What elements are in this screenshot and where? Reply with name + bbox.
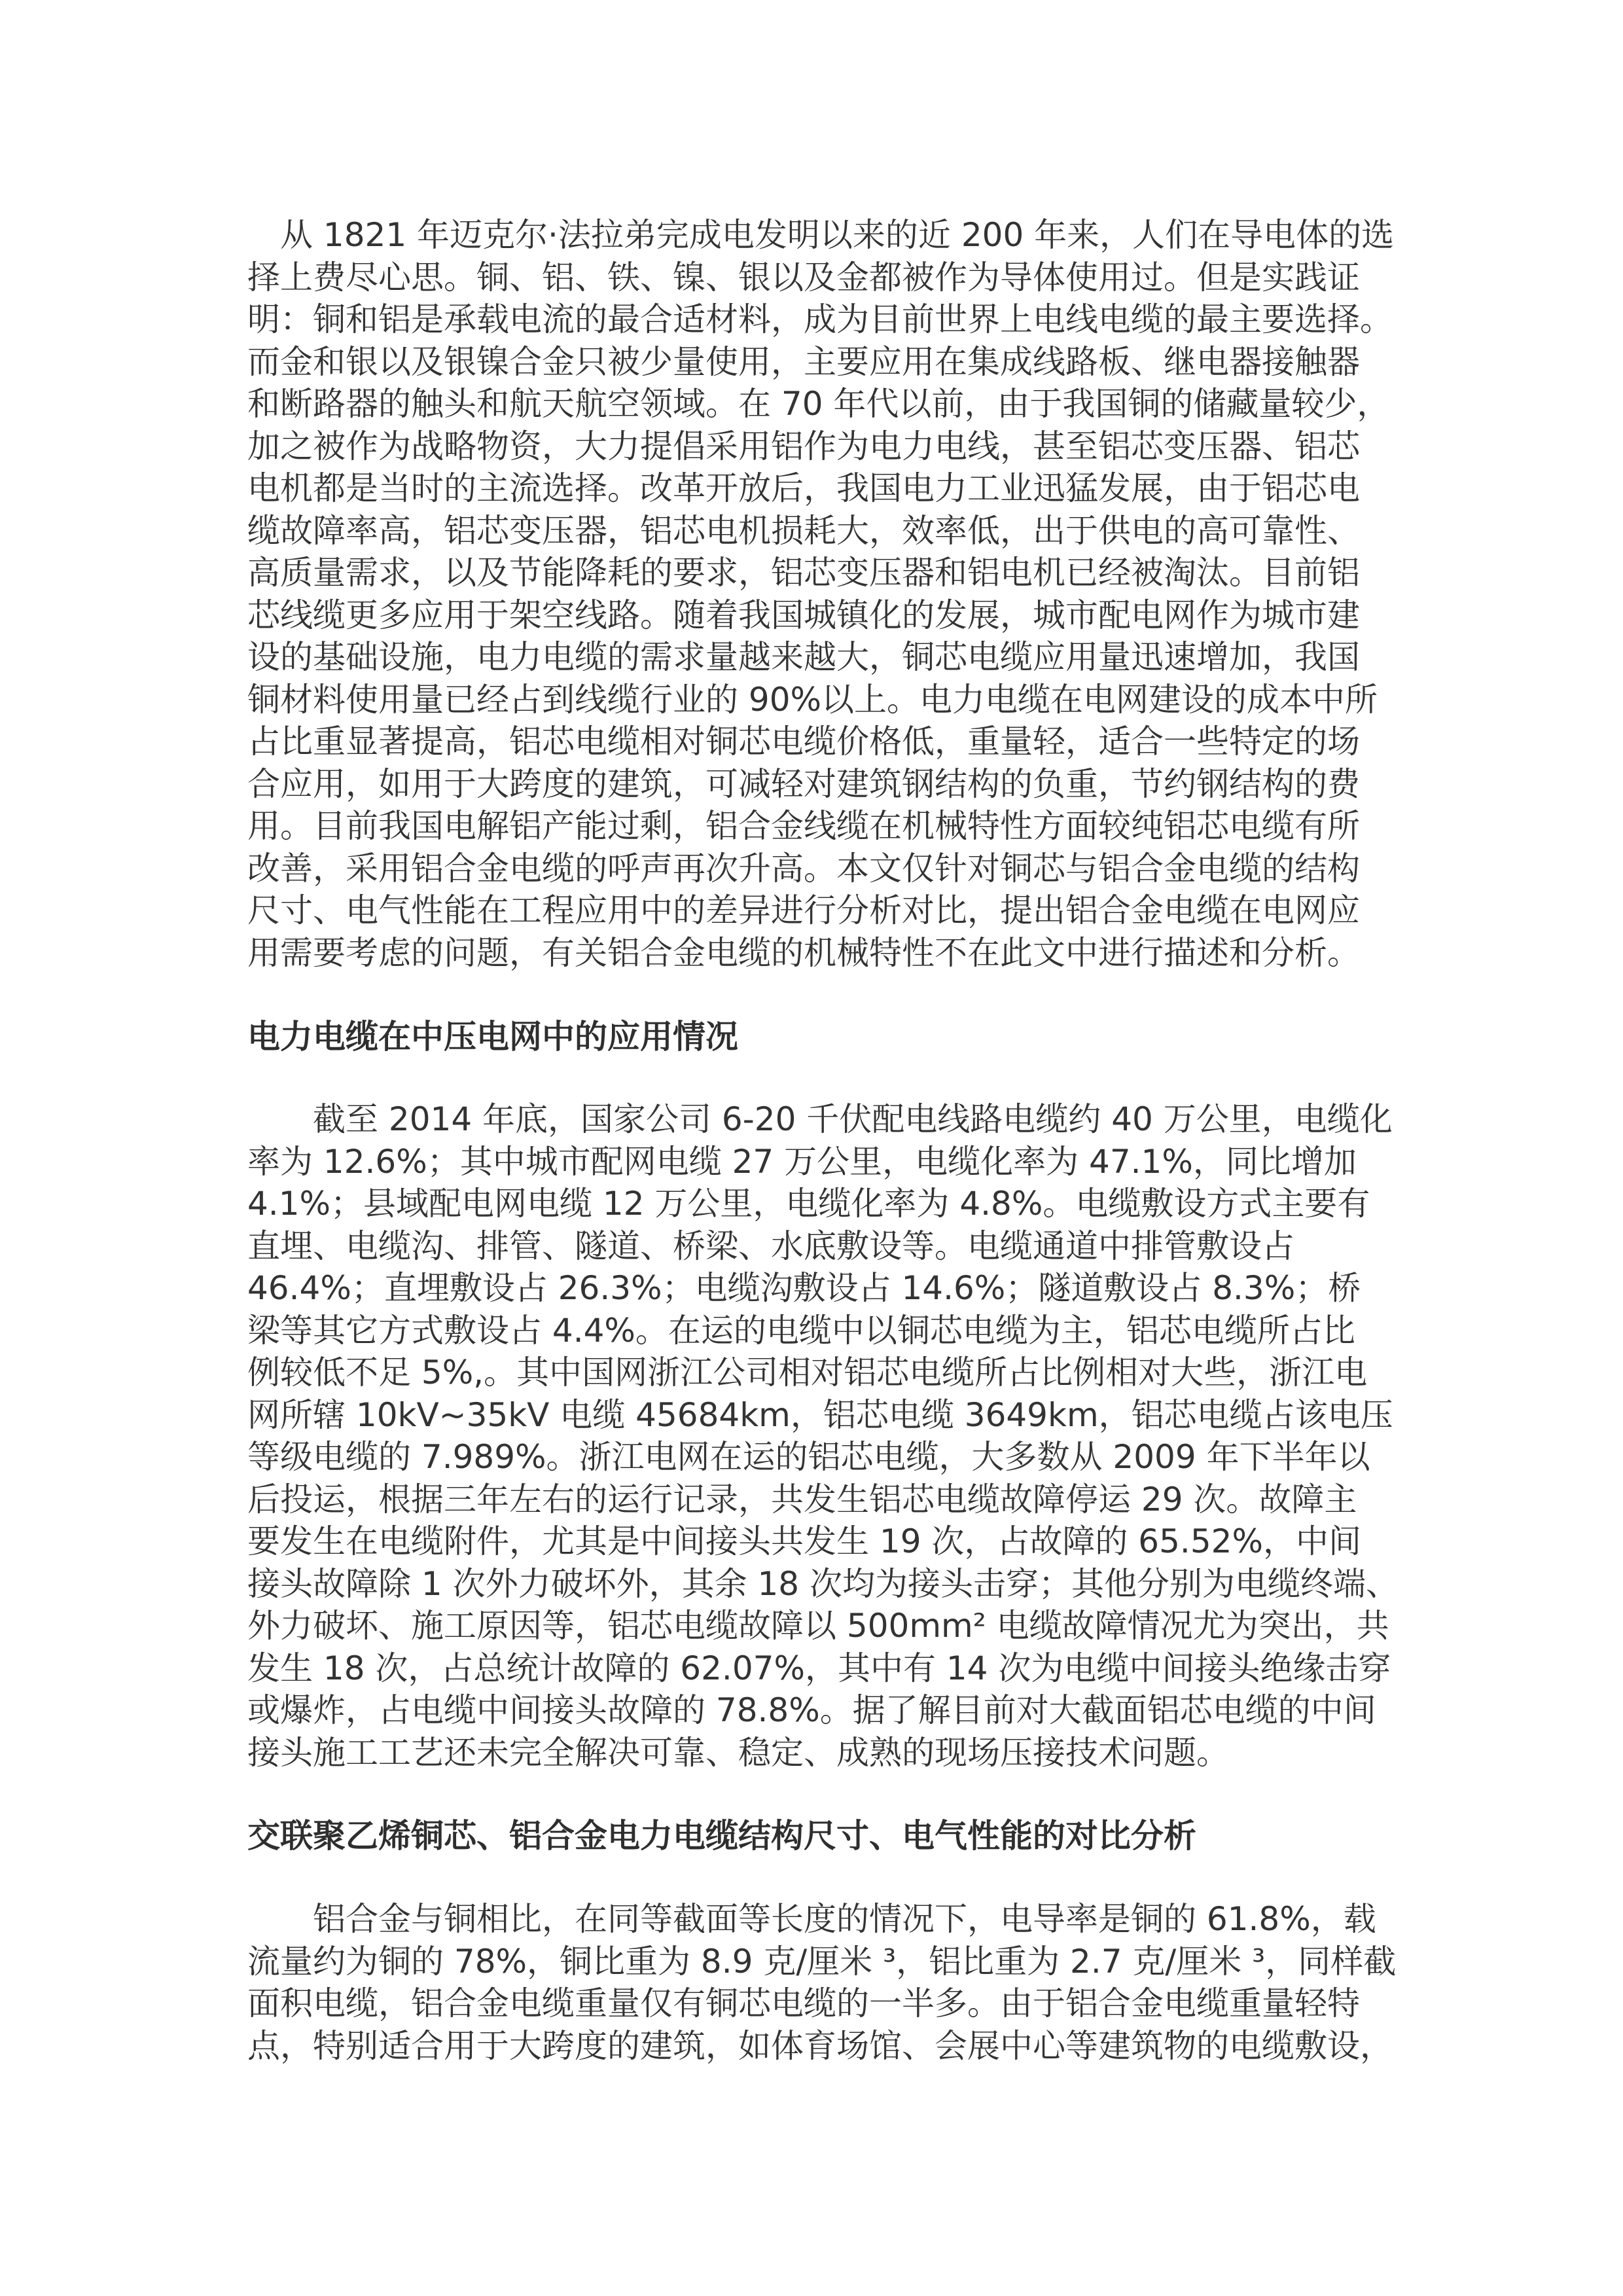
paragraph-line: 要发生在电缆附件，尤其是中间接头共发生 19 次，占故障的 65.52%，中间	[247, 1520, 1389, 1563]
paragraph-line: 尺寸、电气性能在工程应用中的差异进行分析对比，提出铝合金电缆在电网应	[247, 889, 1389, 932]
section-1-paragraph: 截至 2014 年底，国家公司 6-20 千伏配电线路电缆约 40 万公里，电缆…	[247, 1098, 1389, 1774]
paragraph-line: 截至 2014 年底，国家公司 6-20 千伏配电线路电缆约 40 万公里，电缆…	[247, 1098, 1389, 1141]
paragraph-line: 梁等其它方式敷设占 4.4%。在运的电缆中以铜芯电缆为主，铝芯电缆所占比	[247, 1310, 1389, 1352]
intro-paragraph: 从 1821 年迈克尔·法拉弟完成电发明以来的近 200 年来，人们在导电体的选…	[247, 214, 1389, 974]
section-heading: 交联聚乙烯铜芯、铝合金电力电缆结构尺寸、电气性能的对比分析	[247, 1815, 1389, 1857]
paragraph-line: 明：铜和铝是承载电流的最合适材料，成为目前世界上电线电缆的最主要选择。	[247, 298, 1389, 341]
paragraph-line: 设的基础设施，电力电缆的需求量越来越大，铜芯电缆应用量迅速增加，我国	[247, 636, 1389, 679]
paragraph-line: 接头故障除 1 次外力破坏外，其余 18 次均为接头击穿；其他分别为电缆终端、	[247, 1563, 1389, 1605]
paragraph-line: 电机都是当时的主流选择。改革开放后，我国电力工业迅猛发展，由于铝芯电	[247, 467, 1389, 510]
paragraph-line: 46.4%；直埋敷设占 26.3%；电缆沟敷设占 14.6%；隧道敷设占 8.3…	[247, 1267, 1389, 1310]
document-page: 从 1821 年迈克尔·法拉弟完成电发明以来的近 200 年来，人们在导电体的选…	[0, 0, 1623, 2296]
section-2-paragraph: 铝合金与铜相比，在同等截面等长度的情况下，电导率是铜的 61.8%，载 流量约为…	[247, 1898, 1389, 2067]
paragraph-line: 接头施工工艺还未完全解决可靠、稳定、成熟的现场压接技术问题。	[247, 1732, 1389, 1774]
paragraph-line: 铝合金与铜相比，在同等截面等长度的情况下，电导率是铜的 61.8%，载	[247, 1898, 1389, 1941]
paragraph-line: 例较低不足 5%,。其中国网浙江公司相对铝芯电缆所占比例相对大些，浙江电	[247, 1352, 1389, 1394]
section-1-title: 电力电缆在中压电网中的应用情况	[247, 1016, 1389, 1058]
paragraph-line: 铜材料使用量已经占到线缆行业的 90%以上。电力电缆在电网建设的成本中所	[247, 679, 1389, 721]
paragraph-line: 从 1821 年迈克尔·法拉弟完成电发明以来的近 200 年来，人们在导电体的选	[247, 214, 1389, 257]
paragraph-line: 缆故障率高，铝芯变压器，铝芯电机损耗大，效率低，出于供电的高可靠性、	[247, 510, 1389, 552]
paragraph-line: 点，特别适合用于大跨度的建筑，如体育场馆、会展中心等建筑物的电缆敷设，	[247, 2025, 1389, 2068]
paragraph-line: 4.1%；县域配电网电缆 12 万公里，电缆化率为 4.8%。电缆敷设方式主要有	[247, 1183, 1389, 1225]
paragraph-line: 直埋、电缆沟、排管、隧道、桥梁、水底敷设等。电缆通道中排管敷设占	[247, 1225, 1389, 1268]
paragraph-line: 面积电缆，铝合金电缆重量仅有铜芯电缆的一半多。由于铝合金电缆重量轻特	[247, 1982, 1389, 2025]
paragraph-line: 网所辖 10kV~35kV 电缆 45684km，铝芯电缆 3649km，铝芯电…	[247, 1394, 1389, 1437]
paragraph-line: 或爆炸，占电缆中间接头故障的 78.8%。据了解目前对大截面铝芯电缆的中间	[247, 1689, 1389, 1732]
paragraph-line: 等级电缆的 7.989%。浙江电网在运的铝芯电缆，大多数从 2009 年下半年以	[247, 1436, 1389, 1479]
paragraph-line: 择上费尽心思。铜、铝、铁、镍、银以及金都被作为导体使用过。但是实践证	[247, 257, 1389, 299]
paragraph-line: 而金和银以及银镍合金只被少量使用，主要应用在集成线路板、继电器接触器	[247, 341, 1389, 384]
paragraph-line: 改善，采用铝合金电缆的呼声再次升高。本文仅针对铜芯与铝合金电缆的结构	[247, 848, 1389, 890]
paragraph-line: 芯线缆更多应用于架空线路。随着我国城镇化的发展，城市配电网作为城市建	[247, 594, 1389, 637]
section-heading: 电力电缆在中压电网中的应用情况	[247, 1016, 1389, 1058]
paragraph-line: 用。目前我国电解铝产能过剩，铝合金线缆在机械特性方面较纯铝芯电缆有所	[247, 805, 1389, 848]
paragraph-line: 率为 12.6%；其中城市配网电缆 27 万公里，电缆化率为 47.1%，同比增…	[247, 1141, 1389, 1183]
section-2-title: 交联聚乙烯铜芯、铝合金电力电缆结构尺寸、电气性能的对比分析	[247, 1815, 1389, 1857]
paragraph-line: 高质量需求，以及节能降耗的要求，铝芯变压器和铝电机已经被淘汰。目前铝	[247, 552, 1389, 594]
paragraph-line: 发生 18 次，占总统计故障的 62.07%，其中有 14 次为电缆中间接头绝缘…	[247, 1647, 1389, 1690]
paragraph-line: 合应用，如用于大跨度的建筑，可减轻对建筑钢结构的负重，节约钢结构的费	[247, 763, 1389, 806]
paragraph-line: 后投运，根据三年左右的运行记录，共发生铝芯电缆故障停运 29 次。故障主	[247, 1479, 1389, 1521]
paragraph-line: 流量约为铜的 78%，铜比重为 8.9 克/厘米 ³，铝比重为 2.7 克/厘米…	[247, 1941, 1389, 1983]
paragraph-line: 加之被作为战略物资，大力提倡采用铝作为电力电线，甚至铝芯变压器、铝芯	[247, 425, 1389, 468]
paragraph-line: 用需要考虑的问题，有关铝合金电缆的机械特性不在此文中进行描述和分析。	[247, 932, 1389, 975]
paragraph-line: 占比重显著提高，铝芯电缆相对铜芯电缆价格低，重量轻，适合一些特定的场	[247, 721, 1389, 763]
paragraph-line: 外力破坏、施工原因等，铝芯电缆故障以 500mm² 电缆故障情况尤为突出，共	[247, 1605, 1389, 1647]
paragraph-line: 和断路器的触头和航天航空领域。在 70 年代以前，由于我国铜的储藏量较少，	[247, 383, 1389, 425]
